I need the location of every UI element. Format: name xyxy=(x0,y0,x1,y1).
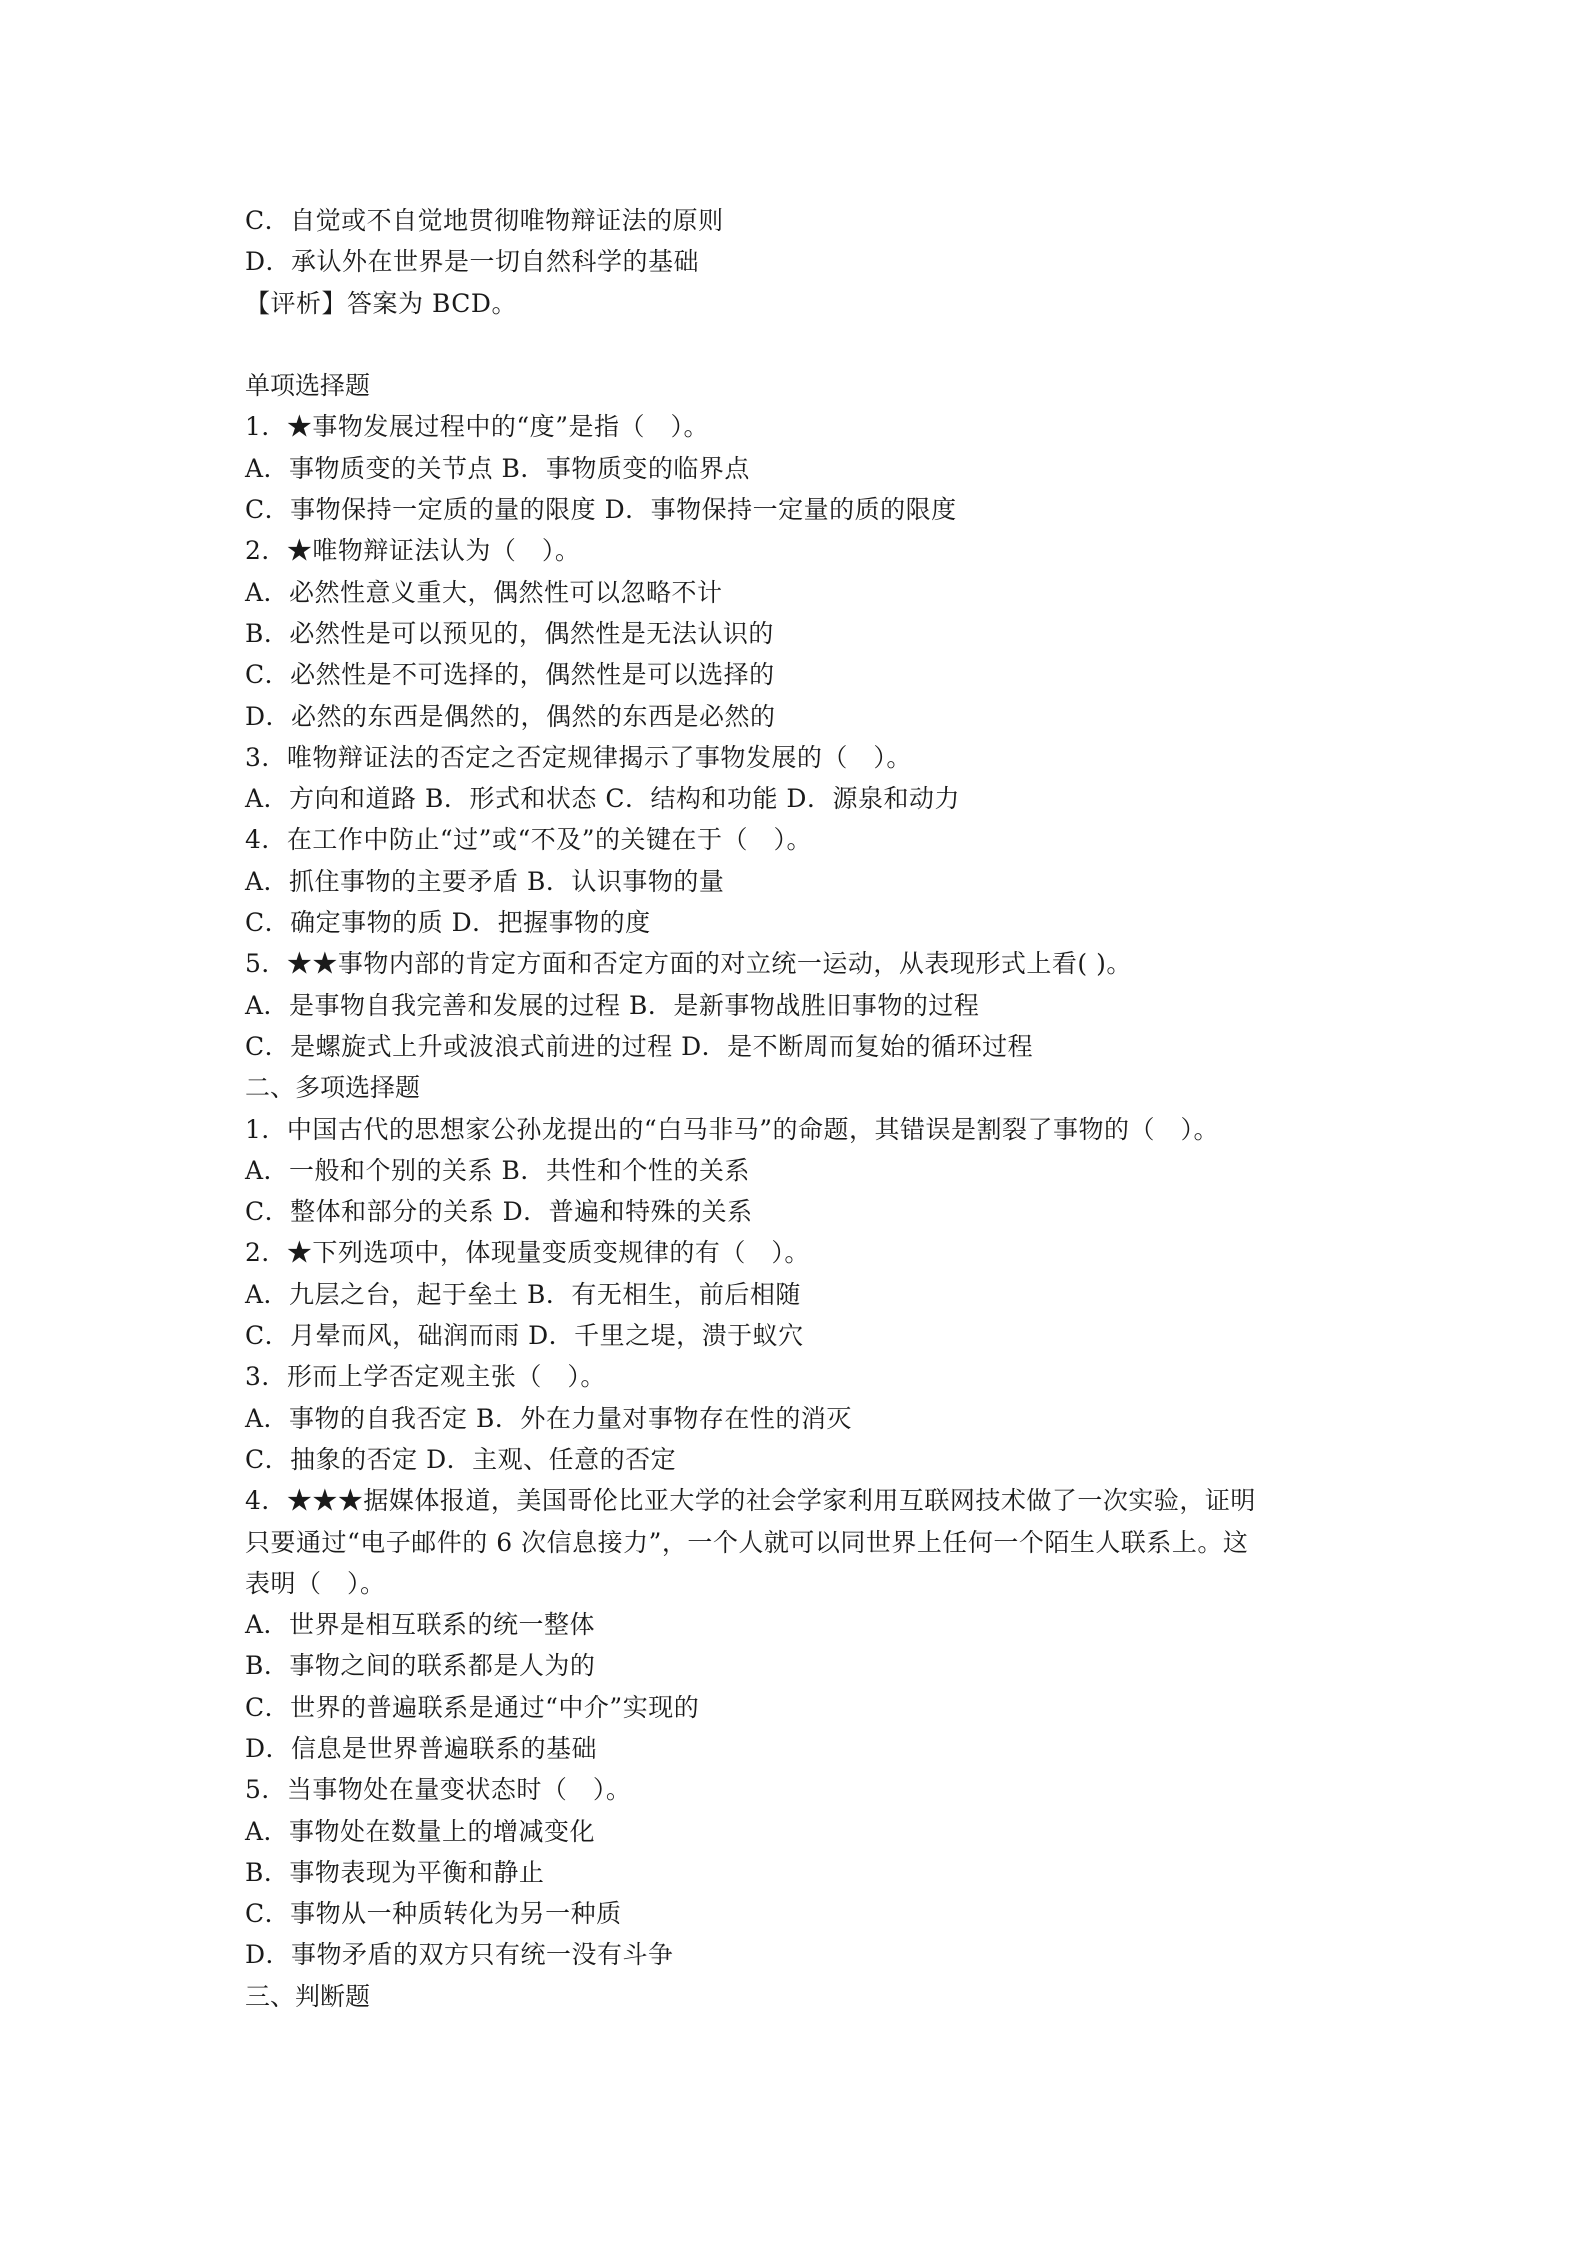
question-stem: 3．唯物辩证法的否定之否定规律揭示了事物发展的（ ）。 xyxy=(245,737,1375,778)
option-line: B．事物之间的联系都是人为的 xyxy=(245,1645,1375,1686)
question-stem-line: 4．★★★据媒体报道，美国哥伦比亚大学的社会学家利用互联网技术做了一次实验，证明 xyxy=(245,1480,1375,1521)
option-line: A．必然性意义重大，偶然性可以忽略不计 xyxy=(245,572,1375,613)
option-line: C．必然性是不可选择的，偶然性是可以选择的 xyxy=(245,654,1375,695)
option-line: A．事物处在数量上的增减变化 xyxy=(245,1811,1375,1852)
option-line: C．事物保持一定质的量的限度 D．事物保持一定量的质的限度 xyxy=(245,489,1375,530)
option-line: D．必然的东西是偶然的，偶然的东西是必然的 xyxy=(245,696,1375,737)
option-line: C．月晕而风，础润而雨 D．千里之堤，溃于蚁穴 xyxy=(245,1315,1375,1356)
question-stem-line: 只要通过“电子邮件的 6 次信息接力”，一个人就可以同世界上任何一个陌生人联系上… xyxy=(245,1522,1375,1563)
question-stem: 3．形而上学否定观主张（ ）。 xyxy=(245,1356,1375,1397)
question-stem-line: 表明（ ）。 xyxy=(245,1563,1375,1604)
option-line: C．抽象的否定 D．主观、任意的否定 xyxy=(245,1439,1375,1480)
question-stem: 2．★下列选项中，体现量变质变规律的有（ ）。 xyxy=(245,1232,1375,1273)
section-title-multiple-choice: 二、多项选择题 xyxy=(245,1067,1375,1108)
section-title-true-false: 三、判断题 xyxy=(245,1976,1375,2017)
option-line: A．事物质变的关节点 B．事物质变的临界点 xyxy=(245,448,1375,489)
option-line: B．必然性是可以预见的，偶然性是无法认识的 xyxy=(245,613,1375,654)
option-line: A．一般和个别的关系 B．共性和个性的关系 xyxy=(245,1150,1375,1191)
option-line: C．世界的普遍联系是通过“中介”实现的 xyxy=(245,1687,1375,1728)
question-stem: 2．★唯物辩证法认为（ ）。 xyxy=(245,530,1375,571)
option-line: A．方向和道路 B．形式和状态 C．结构和功能 D．源泉和动力 xyxy=(245,778,1375,819)
blank-line xyxy=(245,324,1375,365)
option-line: B．事物表现为平衡和静止 xyxy=(245,1852,1375,1893)
section-title-single-choice: 单项选择题 xyxy=(245,365,1375,406)
document-page: C．自觉或不自觉地贯彻唯物辩证法的原则 D．承认外在世界是一切自然科学的基础 【… xyxy=(245,200,1375,2017)
question-stem: 1．★事物发展过程中的“度”是指（ ）。 xyxy=(245,406,1375,447)
option-line: C．整体和部分的关系 D．普遍和特殊的关系 xyxy=(245,1191,1375,1232)
option-line: A．世界是相互联系的统一整体 xyxy=(245,1604,1375,1645)
option-line: C．确定事物的质 D．把握事物的度 xyxy=(245,902,1375,943)
option-line: D．信息是世界普遍联系的基础 xyxy=(245,1728,1375,1769)
option-line: A．抓住事物的主要矛盾 B．认识事物的量 xyxy=(245,861,1375,902)
question-stem: 4．在工作中防止“过”或“不及”的关键在于（ ）。 xyxy=(245,819,1375,860)
option-line: C．事物从一种质转化为另一种质 xyxy=(245,1893,1375,1934)
option-line: A．九层之台，起于垒土 B．有无相生，前后相随 xyxy=(245,1274,1375,1315)
question-stem: 1．中国古代的思想家公孙龙提出的“白马非马”的命题，其错误是割裂了事物的（ ）。 xyxy=(245,1109,1375,1150)
option-line: D．事物矛盾的双方只有统一没有斗争 xyxy=(245,1934,1375,1975)
option-line: A．事物的自我否定 B．外在力量对事物存在性的消灭 xyxy=(245,1398,1375,1439)
option-line: A．是事物自我完善和发展的过程 B．是新事物战胜旧事物的过程 xyxy=(245,985,1375,1026)
option-line: C．是螺旋式上升或波浪式前进的过程 D．是不断周而复始的循环过程 xyxy=(245,1026,1375,1067)
question-stem: 5．★★事物内部的肯定方面和否定方面的对立统一运动，从表现形式上看( )。 xyxy=(245,943,1375,984)
analysis-line: 【评析】答案为 BCD。 xyxy=(245,283,1375,324)
option-line: D．承认外在世界是一切自然科学的基础 xyxy=(245,241,1375,282)
option-line: C．自觉或不自觉地贯彻唯物辩证法的原则 xyxy=(245,200,1375,241)
question-stem: 5．当事物处在量变状态时（ ）。 xyxy=(245,1769,1375,1810)
